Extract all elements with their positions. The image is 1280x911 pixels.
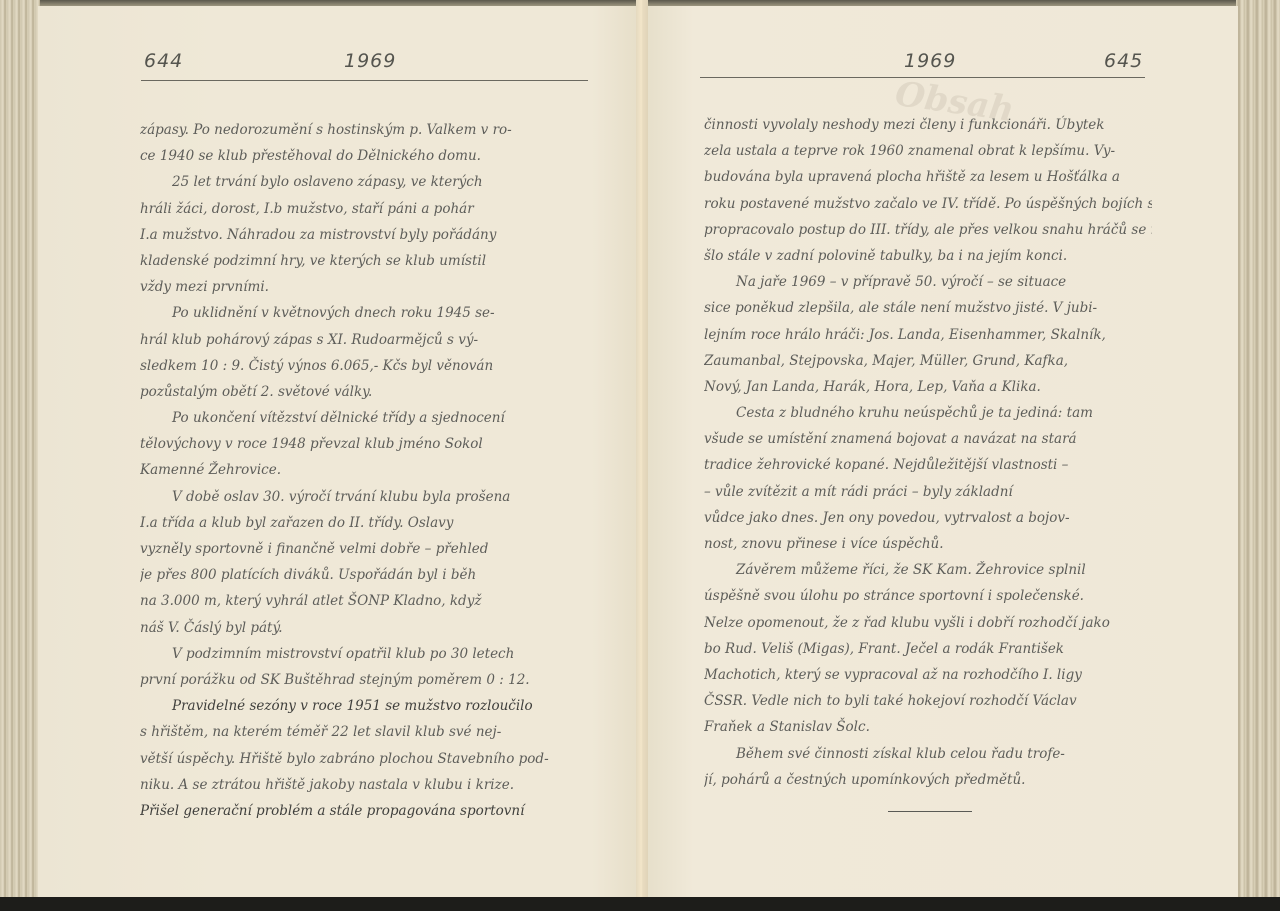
handwritten-line: bo Rud. Veliš (Migas), Frant. Ječel a ro… [704,636,1152,662]
handwritten-line: činnosti vyvolaly neshody mezi členy i f… [704,112,1152,138]
handwritten-line: Cesta z bludného kruhu neúspěchů je ta j… [704,400,1152,426]
handwritten-line: Machotich, který se vypracoval až na roz… [704,662,1152,688]
handwritten-line: kladenské podzimní hry, ve kterých se kl… [140,248,588,274]
handwritten-line: lejním roce hrálo hráči: Jos. Landa, Eis… [704,322,1152,348]
handwritten-line: ce 1940 se klub přestěhoval do Dělnickéh… [140,143,588,169]
handwritten-line: sice poněkud zlepšila, ale stále není mu… [704,295,1152,321]
left-page-stack-edge [0,0,40,905]
handwritten-line: první porážku od SK Buštěhrad stejným po… [140,667,588,693]
right-page-year: 1969 [904,50,956,72]
handwritten-line: větší úspěchy. Hřiště bylo zabráno ploch… [140,746,588,772]
handwritten-line: niku. A se ztrátou hřiště jakoby nastala… [140,772,588,798]
left-page-number: 644 [144,50,183,72]
book-spread: 644 1969 1969 645 Obsah zápasy. Po nedor… [0,0,1280,905]
bottom-shadow [0,897,1280,911]
handwritten-line: šlo stále v zadní polovině tabulky, ba i… [704,243,1152,269]
handwritten-line: Nový, Jan Landa, Harák, Hora, Lep, Vaňa … [704,374,1152,400]
handwritten-line: Kamenné Žehrovice. [140,457,588,483]
left-page-text: zápasy. Po nedorozumění s hostinským p. … [140,117,588,824]
handwritten-line: Na jaře 1969 – v přípravě 50. výročí – s… [704,269,1152,295]
handwritten-line: je přes 800 platících diváků. Uspořádán … [140,562,588,588]
handwritten-line: tělovýchovy v roce 1948 převzal klub jmé… [140,431,588,457]
handwritten-line: všude se umístění znamená bojovat a navá… [704,426,1152,452]
right-page-stack-edge [1236,0,1280,905]
handwritten-line: nost, znovu přinese i více úspěchů. [704,531,1152,557]
handwritten-line: vůdce jako dnes. Jen ony povedou, vytrva… [704,505,1152,531]
handwritten-line: propracovalo postup do III. třídy, ale p… [704,217,1152,243]
left-page-header: 644 1969 [140,50,590,82]
handwritten-line: Po ukončení vítězství dělnické třídy a s… [140,405,588,431]
handwritten-line: V době oslav 30. výročí trvání klubu byl… [140,484,588,510]
right-page-text: činnosti vyvolaly neshody mezi členy i f… [704,112,1152,793]
handwritten-line: I.a mužstvo. Náhradou za mistrovství byl… [140,222,588,248]
handwritten-line: vyzněly sportovně i finančně velmi dobře… [140,536,588,562]
handwritten-line: Závěrem můžeme říci, že SK Kam. Žehrovic… [704,557,1152,583]
handwritten-line: náš V. Čáslý byl pátý. [140,615,588,641]
handwritten-line: V podzimním mistrovství opatřil klub po … [140,641,588,667]
right-page-number: 645 [1104,50,1143,72]
handwritten-line: Pravidelné sezóny v roce 1951 se mužstvo… [140,693,588,719]
handwritten-line: Nelze opomenout, že z řad klubu vyšli i … [704,610,1152,636]
handwritten-line: úspěšně svou úlohu po stránce sportovní … [704,583,1152,609]
handwritten-line: Fraňek a Stanislav Šolc. [704,714,1152,740]
handwritten-line: hráli žáci, dorost, I.b mužstvo, staří p… [140,196,588,222]
handwritten-line: vždy mezi prvními. [140,274,588,300]
handwritten-line: s hřištěm, na kterém téměř 22 let slavil… [140,719,588,745]
handwritten-line: ČSSR. Vedle nich to byli také hokejoví r… [704,688,1152,714]
handwritten-line: Během své činnosti získal klub celou řad… [704,741,1152,767]
handwritten-line: pozůstalým obětí 2. světové války. [140,379,588,405]
handwritten-line: – vůle zvítězit a mít rádi práci – byly … [704,479,1152,505]
handwritten-line: roku postavené mužstvo začalo ve IV. tří… [704,191,1152,217]
left-page-year: 1969 [344,50,396,72]
handwritten-line: 25 let trvání bylo oslaveno zápasy, ve k… [140,169,588,195]
handwritten-line: sledkem 10 : 9. Čistý výnos 6.065,- Kčs … [140,353,588,379]
handwritten-line: na 3.000 m, který vyhrál atlet ŠONP Klad… [140,588,588,614]
handwritten-line: hrál klub pohárový zápas s XI. Rudoarměj… [140,327,588,353]
left-header-rule [141,80,588,81]
handwritten-line: jí, pohárů a čestných upomínkových předm… [704,767,1152,793]
handwritten-line: Zaumanbal, Stejpovska, Majer, Müller, Gr… [704,348,1152,374]
handwritten-line: I.a třída a klub byl zařazen do II. tříd… [140,510,588,536]
handwritten-line: Po uklidnění v květnových dnech roku 194… [140,300,588,326]
end-of-entry-rule [888,811,972,812]
handwritten-line: Přišel generační problém a stále propago… [140,798,588,824]
handwritten-line: tradice žehrovické kopané. Nejdůležitějš… [704,452,1152,478]
handwritten-line: budována byla upravená plocha hřiště za … [704,164,1152,190]
handwritten-line: zápasy. Po nedorozumění s hostinským p. … [140,117,588,143]
handwritten-line: zela ustala a teprve rok 1960 znamenal o… [704,138,1152,164]
book-spine [636,0,648,905]
